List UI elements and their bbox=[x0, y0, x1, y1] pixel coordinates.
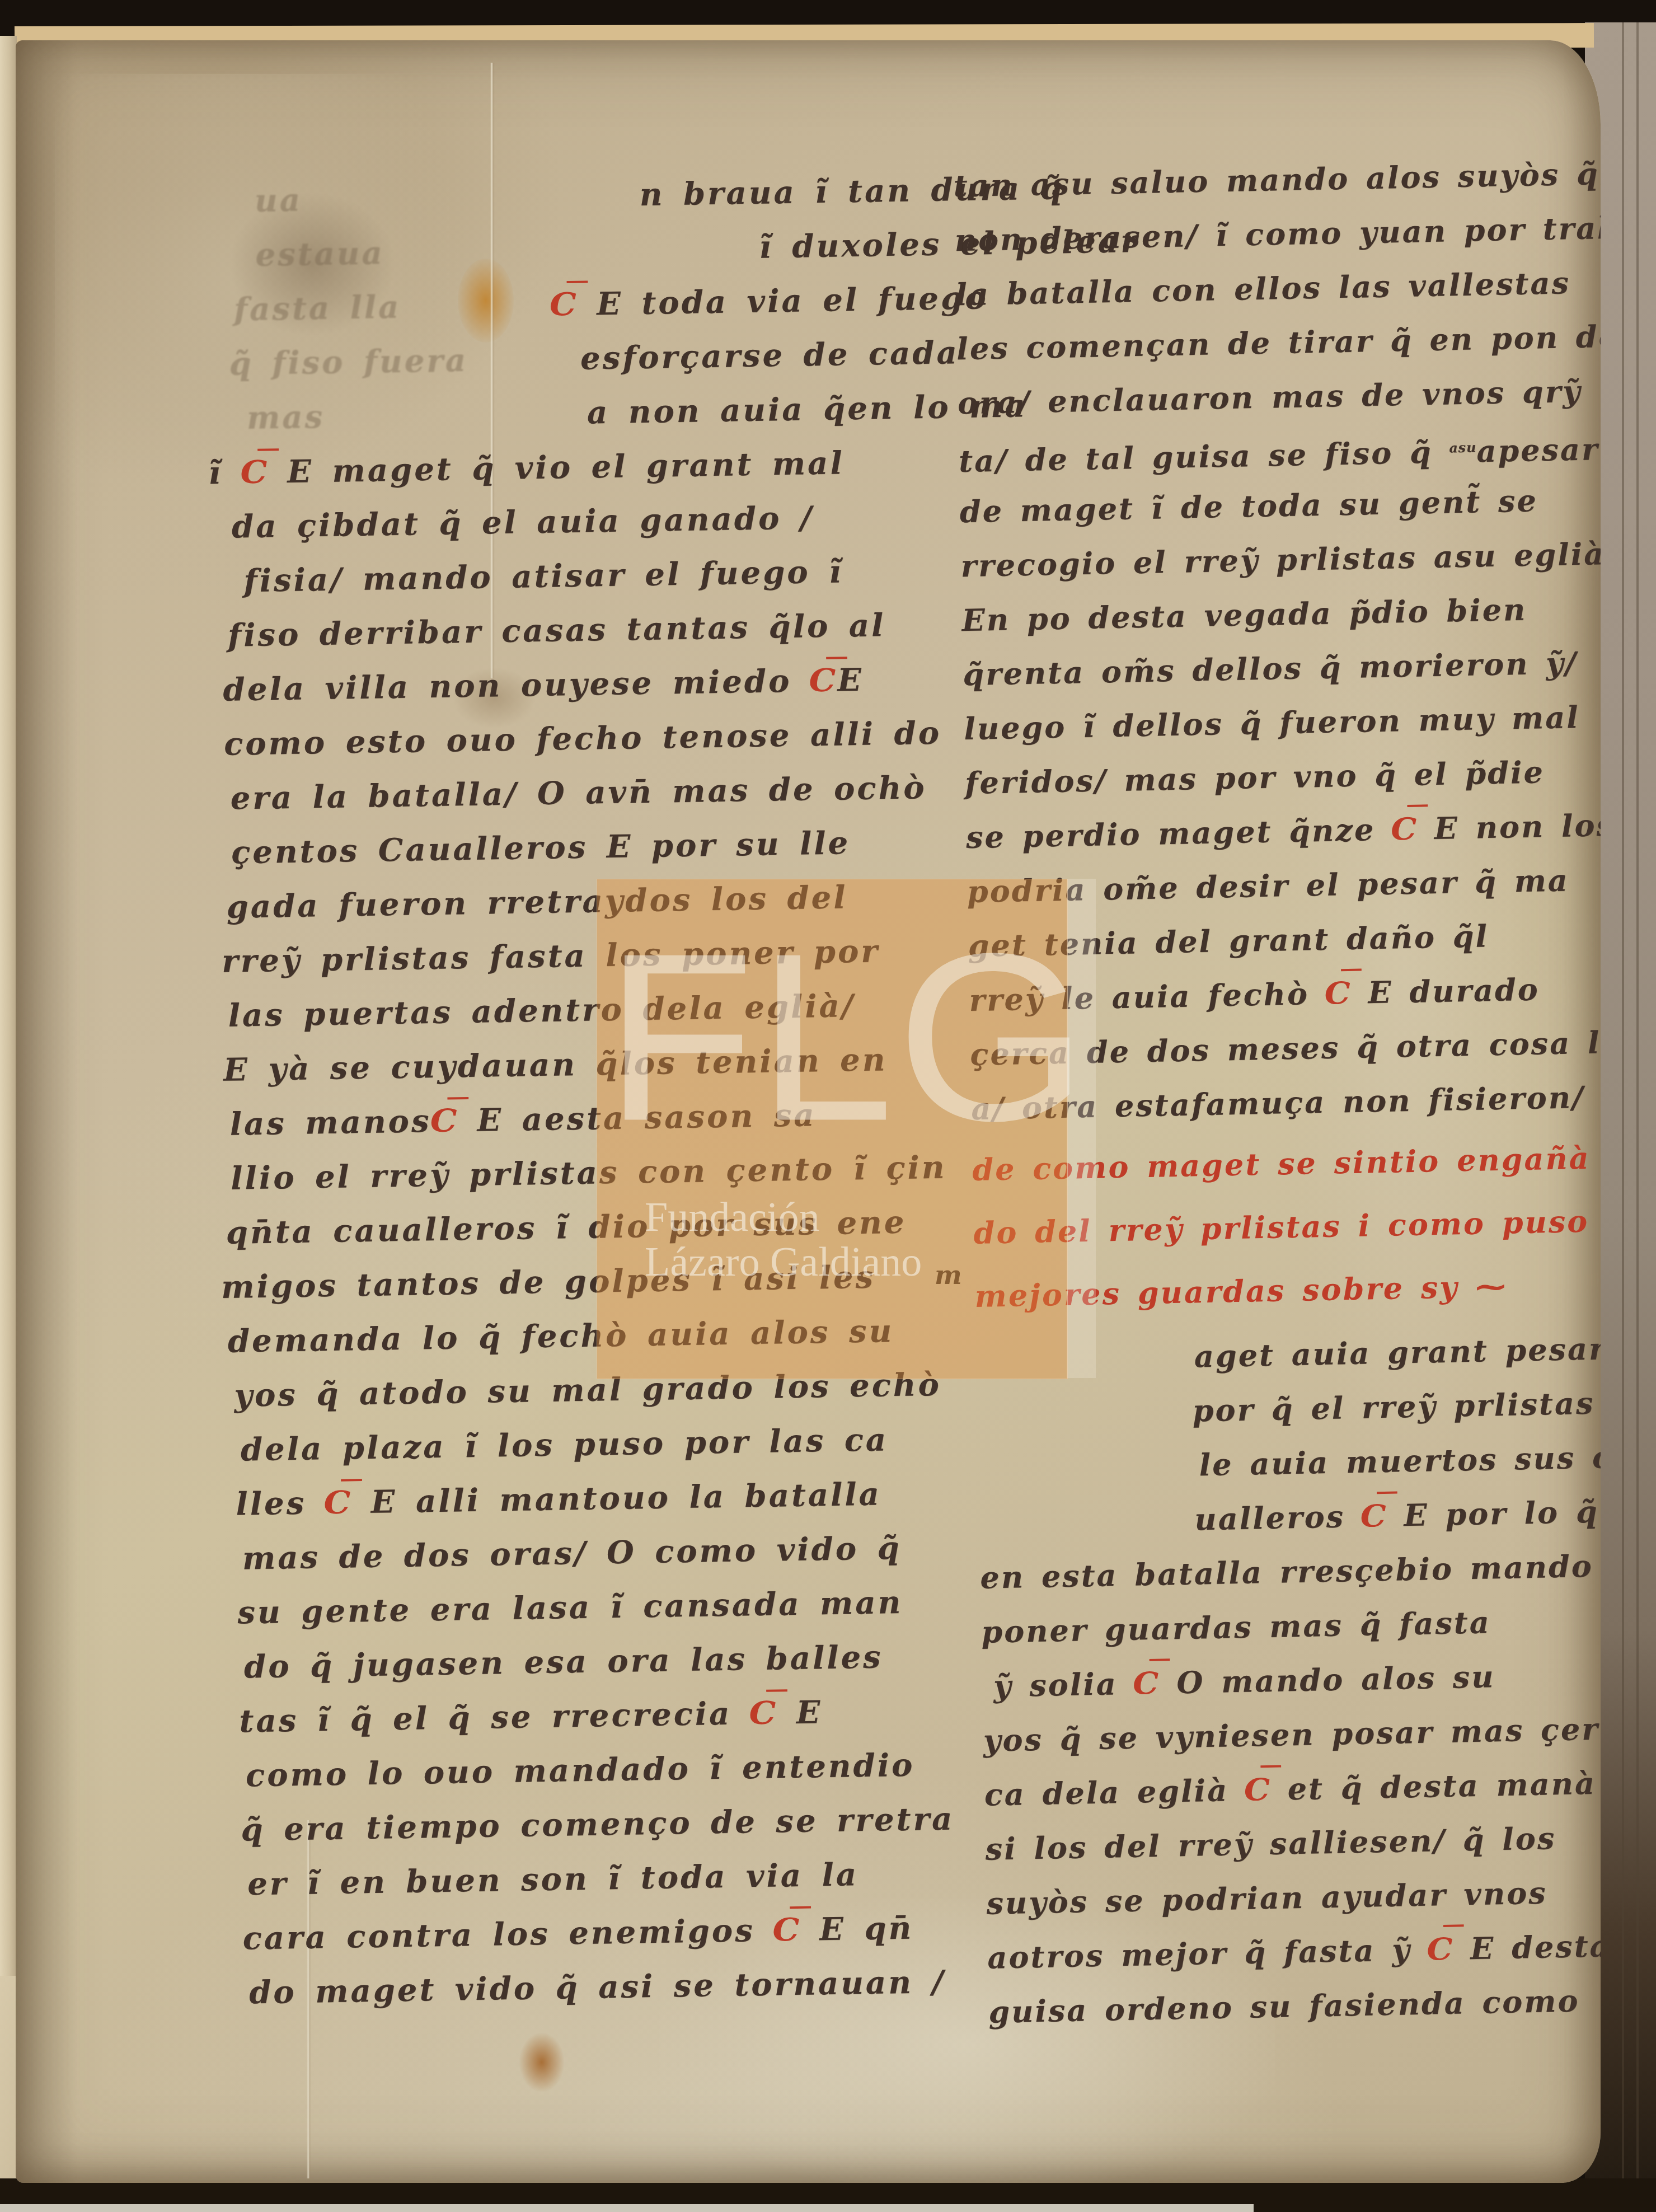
text-segment: E yà se cuydauan q̃los tenian en bbox=[223, 1041, 888, 1089]
text-column-right: tan asu saluo mando alos suyòs q̃lonon d… bbox=[953, 146, 1601, 2040]
text-segment: como lo ouo mandado ĩ entendio bbox=[246, 1747, 915, 1794]
calderon-mark: C bbox=[323, 1475, 354, 1530]
text-segment: rreỹ le auia fechò bbox=[969, 976, 1326, 1018]
calderon-mark: C bbox=[549, 278, 579, 332]
text-segment: esforçarse de cada bbox=[580, 334, 959, 377]
manuscript-line: mejores guardas sobre sy ⁓ bbox=[974, 1256, 1601, 1324]
text-segment: lles bbox=[236, 1484, 325, 1522]
text-segment: çentos Caualleros E por su lle bbox=[231, 824, 851, 871]
text-segment: guisa ordeno su fasienda como bbox=[988, 1983, 1580, 2030]
calderon-mark: C bbox=[1244, 1763, 1273, 1817]
text-segment: tas ĩ q̃ el q̃ se rrecrecia bbox=[239, 1695, 750, 1740]
text-segment: da çibdat q̃ el auia ganado / bbox=[231, 499, 814, 545]
text-segment bbox=[384, 229, 759, 272]
text-segment: ỹ solia bbox=[993, 1666, 1135, 1704]
text-segment: aotros mejor q̃ fasta ỹ bbox=[987, 1932, 1428, 1976]
scanner-bed-strip bbox=[0, 2204, 1254, 2212]
page-stack-left bbox=[0, 36, 17, 2194]
manuscript-line: do maget vido q̃ asi se tornauan / bbox=[232, 1955, 982, 2021]
text-segment: do maget vido q̃ asi se tornauan / bbox=[249, 1963, 946, 2012]
page-seam bbox=[1622, 22, 1624, 2194]
rubric-text: do del rreỹ prlistas i como puso bbox=[973, 1203, 1589, 1251]
text-segment: gada fueron rretraydos los del bbox=[226, 879, 848, 925]
superscript-gloss: asu bbox=[1449, 439, 1477, 456]
text-segment: como esto ouo fecho tenose alli do bbox=[224, 715, 942, 763]
text-segment: ĩ bbox=[208, 454, 242, 491]
text-segment: En po desta vegada p̃dio bien bbox=[961, 592, 1527, 638]
text-segment: poner guardas mas q̃ fasta bbox=[981, 1604, 1491, 1649]
text-segment: çerca de dos meses q̃ otra cosa le bbox=[970, 1024, 1601, 1072]
text-segment: yos q̃ atodo su mal grado los echò bbox=[234, 1366, 941, 1414]
text-segment: et q̃ desta manà bbox=[1270, 1765, 1596, 1807]
text-segment: ora/ enclauaron mas de vnos qrỹ bbox=[958, 373, 1582, 421]
rubric-text: de como maget se sintio engañà bbox=[972, 1140, 1591, 1188]
manuscript-line: do del rreỹ prlistas i como puso bbox=[973, 1193, 1601, 1260]
text-segment: ta/ de tal guisa se fiso q̃ bbox=[958, 434, 1449, 479]
text-segment: migos tantos de golpes ĩ asi les bbox=[221, 1259, 876, 1306]
text-segment: de maget ĩ de toda su gent̃ se bbox=[959, 482, 1538, 529]
calderon-mark: C bbox=[1360, 1489, 1389, 1544]
text-segment: dela villa non ouyese miedo bbox=[223, 662, 810, 708]
text-segment: ualleros bbox=[1194, 1498, 1362, 1538]
faded-text-segment: mas bbox=[246, 399, 325, 437]
text-segment: mas de dos oras/ O como vido q̃ bbox=[242, 1530, 902, 1577]
text-segment: las manos bbox=[229, 1103, 431, 1143]
manuscript-line: de como maget se sintio engañà bbox=[972, 1130, 1601, 1197]
text-segment: E aesta sason sa bbox=[458, 1096, 816, 1139]
text-segment: O mando alos su bbox=[1160, 1658, 1495, 1700]
calderon-mark: C bbox=[1324, 966, 1353, 1021]
text-segment: E desta bbox=[1453, 1928, 1601, 1966]
text-segment: E durado bbox=[1351, 971, 1540, 1010]
text-segment: ca dela eglià bbox=[984, 1772, 1245, 1813]
scanned-book-photo: ua n braua ĩ tan dura q̃estaua ĩ duxoles… bbox=[0, 0, 1656, 2212]
guide-letter: m bbox=[935, 1258, 962, 1292]
text-segment: E bbox=[777, 1694, 823, 1731]
text-segment bbox=[324, 395, 587, 435]
text-segment: fiso derribar casas tantas q̃lo al bbox=[228, 607, 886, 654]
text-segment: rrecogio el rreỹ prlistas asu eglià bbox=[960, 536, 1601, 584]
faded-text-segment: fasta lla bbox=[233, 289, 401, 329]
calderon-mark: C bbox=[809, 654, 839, 709]
text-segment: dela plaza ĩ los puso por las ca bbox=[240, 1421, 888, 1468]
faded-text-segment: ua bbox=[254, 181, 302, 219]
text-segment: les començan de tirar q̃ en pon de bbox=[956, 318, 1601, 367]
text-segment: yos q̃ se vyniesen posar mas çer bbox=[983, 1711, 1599, 1759]
manuscript-page: ua n braua ĩ tan dura q̃estaua ĩ duxoles… bbox=[16, 40, 1601, 2183]
text-segment: demanda lo q̃ fechò auia alos su bbox=[227, 1313, 894, 1360]
text-segment bbox=[467, 340, 580, 379]
text-segment: aget auia grant pesar ⁓ bbox=[1194, 1330, 1601, 1375]
text-column-left: ua n braua ĩ tan dura q̃estaua ĩ duxoles… bbox=[204, 163, 983, 2021]
gutter-shadow bbox=[16, 40, 77, 2183]
text-segment bbox=[401, 286, 551, 325]
text-segment: su gente era lasa ĩ cansada man bbox=[237, 1584, 903, 1632]
calderon-mark: C bbox=[240, 445, 270, 500]
text-segment: en esta batalla rresçebio mando bbox=[980, 1548, 1594, 1596]
text-segment: podria om̃e desir el pesar q̃ ma bbox=[967, 862, 1569, 910]
text-segment: a/ otra estafamuça non fisieron/ bbox=[971, 1079, 1585, 1127]
text-segment: E bbox=[837, 662, 864, 699]
page-seam bbox=[1636, 22, 1639, 2194]
text-segment: er ĩ en buen son ĩ toda via la bbox=[247, 1856, 859, 1902]
text-segment bbox=[302, 176, 640, 218]
text-segment: E alli mantouo la batalla bbox=[352, 1475, 882, 1521]
text-segment: E maget q̃ vio el grant mal bbox=[268, 444, 845, 490]
text-segment: cara contra los enemigos bbox=[242, 1912, 774, 1957]
faded-text-segment: q̃ fiso fuera bbox=[229, 342, 468, 383]
calderon-mark: C bbox=[1427, 1922, 1456, 1977]
calderon-mark: C bbox=[1133, 1656, 1162, 1711]
text-segment: las puertas adentro dela eglià/ bbox=[228, 987, 856, 1034]
text-segment: E toda via el fuego bbox=[578, 279, 988, 323]
rubric-text: mejores guardas sobre sy ⁓ bbox=[974, 1268, 1508, 1314]
text-segment: era la batalla/ O avn̄ mas de ochò bbox=[230, 769, 927, 817]
text-segment: get tenia del grant daño q̃l bbox=[968, 918, 1489, 964]
calderon-mark: C bbox=[749, 1686, 779, 1741]
text-segment: do q̃ jugasen esa ora las balles bbox=[243, 1638, 883, 1685]
text-segment: fisia/ mando atisar el fuego ĩ bbox=[243, 553, 843, 599]
text-segment: qn̄ta caualleros ĩ dio por sus ene bbox=[226, 1204, 907, 1252]
text-segment: q̃renta om̃s dellos q̃ morieron ỹ/ bbox=[963, 645, 1578, 692]
text-segment: non derasen/ ĩ como yuan por trabar bbox=[954, 209, 1601, 258]
text-segment: por q̃ el rreỹ prlistas asi bbox=[1192, 1384, 1601, 1428]
calderon-mark: C bbox=[430, 1094, 460, 1149]
text-segment: E por lo q̃ bbox=[1387, 1494, 1599, 1534]
text-segment: E qn̄ bbox=[800, 1910, 914, 1948]
text-segment: si los del rreỹ salliesen/ q̃ los bbox=[985, 1820, 1556, 1867]
text-segment: se perdio maget q̃nze bbox=[965, 811, 1392, 855]
text-segment: tan asu saluo mando alos suyòs q̃lo bbox=[953, 155, 1601, 204]
text-segment: feridos/ mas por vno q̃ el p̃die bbox=[965, 754, 1545, 801]
text-segment: q̃ era tiempo començo de se rretra bbox=[241, 1801, 955, 1849]
stain bbox=[519, 2033, 564, 2092]
calderon-mark: C bbox=[772, 1903, 802, 1958]
text-segment: apesar bbox=[1476, 431, 1599, 469]
text-segment: le auia muertos sus ca bbox=[1199, 1438, 1601, 1483]
calderon-mark: C bbox=[1390, 802, 1419, 857]
text-segment: luego ĩ dellos q̃ fueron muy mal bbox=[964, 699, 1580, 747]
text-segment: la batalla con ellos las vallestas bbox=[955, 265, 1571, 312]
text-segment: suyòs se podrian ayudar vnos bbox=[986, 1875, 1547, 1922]
text-segment: rreỹ prlistas fasta los poner por bbox=[222, 932, 880, 980]
text-segment: E non los bbox=[1417, 807, 1601, 847]
faded-text-segment: estaua bbox=[255, 235, 384, 274]
text-segment: llio el rreỹ prlistas con çento ĩ çin bbox=[231, 1149, 947, 1197]
